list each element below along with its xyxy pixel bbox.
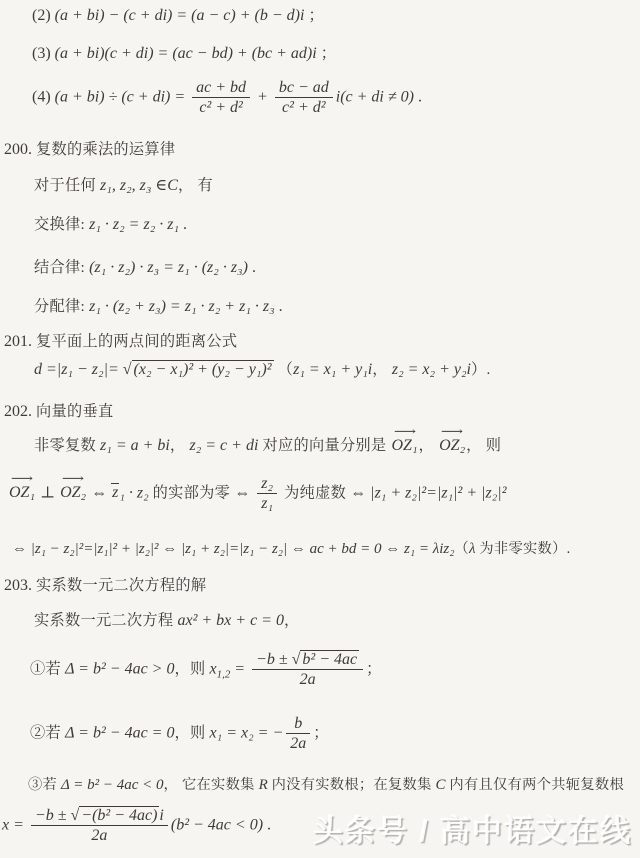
math-run: x =	[2, 816, 28, 833]
vector-arrow-icon: ⟶	[56, 474, 91, 486]
text-run: 非零复数	[34, 437, 100, 454]
math-run: z₁ = a + bi	[100, 437, 170, 454]
formula-perpendicular-equivalence-2: ⇔ |z₁ − z₂|²=|z₁|² + |z₂|² ⇔ |z₁ + z₂|=|…	[12, 540, 571, 560]
roman-run: √	[70, 807, 79, 824]
math-run: 2a	[300, 671, 316, 688]
math-run: (a + bi)(c + di) = (ac − bd) + (bc + ad)…	[55, 45, 317, 62]
math-run: Δ = b² − 4ac > 0	[65, 660, 174, 677]
radicand: b² − 4ac	[300, 650, 359, 669]
vector: OZ₂⟶	[439, 436, 465, 457]
radicand: (x₂ − x₁)² + (y₂ − y₁)²	[132, 360, 274, 379]
roman-run: 203.	[4, 577, 36, 594]
denominator: 2a	[31, 825, 168, 845]
math-run: z₁ · (z₂ + z₃) = z₁ · z₂ + z₁ · z₃	[89, 298, 275, 315]
text-run: 分配律:	[34, 298, 89, 315]
text-run: 为纯虚数	[280, 484, 350, 501]
text-run: ， 它在实数集	[164, 777, 259, 793]
vector-arrow-icon: ⟶	[435, 427, 470, 439]
text-run: ，	[170, 437, 190, 454]
math-run: x₁ = x₂ = −	[210, 724, 284, 741]
radicand: −(b² − 4ac)	[79, 806, 159, 825]
math-run: (a + bi) − (c + di) = (a − c) + (b − d)i	[55, 7, 305, 24]
math-run: bc − ad	[279, 79, 329, 96]
text-run: ；	[317, 45, 337, 62]
document-page: (2) (a + bi) − (c + di) = (a − c) + (b −…	[0, 0, 640, 858]
formula-complex-subtraction: (2) (a + bi) − (c + di) = (a − c) + (b −…	[32, 6, 324, 27]
math-run: (z₁ · z₂) · z₃ = z₁ · (z₂ · z₃)	[89, 259, 248, 276]
text-run: 实系数一元二次方程的解	[36, 577, 206, 594]
text-run: ；	[313, 724, 329, 741]
text-run: ，	[372, 361, 392, 378]
text-run: ，	[419, 437, 439, 454]
text-run: ，则	[174, 724, 209, 741]
math-run: ⇔	[87, 484, 111, 501]
line-associative-law: 结合律: (z₁ · z₂) · z₃ = z₁ · (z₂ · z₃) .	[34, 258, 256, 279]
math-run: i(c + di ≠ 0)	[336, 88, 414, 105]
math-run: ⊥	[36, 484, 59, 501]
roman-run: .	[248, 259, 256, 276]
formula-complex-multiplication: (3) (a + bi)(c + di) = (ac − bd) + (bc +…	[32, 44, 336, 65]
vector: OZ₁⟶	[392, 436, 418, 457]
text-run: ）.	[471, 361, 491, 378]
text-run: ，则	[174, 660, 209, 677]
line-for-any-z: 对于任何 z₁, z₂, z₃ ∈C， 有	[34, 176, 213, 197]
denominator: 2a	[286, 733, 310, 753]
roman-run: (2)	[32, 7, 55, 24]
math-run: +	[253, 88, 272, 105]
math-run: (a + bi) ÷ (c + di) =	[55, 88, 189, 105]
math-run: c² + d²	[282, 99, 326, 116]
vector-arrow-icon: ⟶	[387, 427, 422, 439]
fraction: −b ± √b² − 4ac2a	[252, 650, 363, 690]
math-run: ⇔ |z₁ + z₂|²=|z₁|² + |z₂|²	[350, 484, 506, 501]
section-201-title: 201. 复平面上的两点间的距离公式	[4, 332, 237, 353]
roman-run: 201.	[4, 333, 36, 350]
section-200-title: 200. 复数的乘法的运算律	[4, 140, 175, 161]
formula-complex-roots: x = −b ± √−(b² − 4ac)i2a(b² − 4ac < 0) .	[2, 806, 271, 846]
watermark: 头条号 / 高中语文在线	[313, 806, 632, 850]
text-run: 对应的向量分别是	[258, 437, 390, 454]
math-run: Δ = b² − 4ac < 0	[61, 777, 164, 793]
vector-arrow-icon: ⟶	[4, 474, 39, 486]
fraction: b2a	[286, 714, 310, 753]
text-run: 对于任何	[34, 177, 100, 194]
denominator: z₁	[257, 493, 277, 513]
section-203-title: 203. 实系数一元二次方程的解	[4, 576, 206, 597]
formula-case-delta-zero: ②若 Δ = b² − 4ac = 0，则 x₁ = x₂ = −b2a；	[30, 714, 329, 753]
fraction: ac + bdc² + d²	[192, 78, 250, 117]
roman-run: .	[414, 88, 422, 105]
formula-case-delta-positive: ①若 Δ = b² − 4ac > 0，则 x1,2 = −b ± √b² − …	[30, 650, 382, 690]
math-run: z₁	[261, 495, 273, 512]
roman-run: 202.	[4, 403, 36, 420]
roman-run: .	[275, 298, 283, 315]
formula-complex-division: (4) (a + bi) ÷ (c + di) = ac + bdc² + d²…	[32, 78, 422, 117]
math-run: z₁, z₂, z₃ ∈C	[100, 177, 178, 194]
text-run: ，	[284, 612, 300, 629]
roman-run: (4)	[32, 88, 55, 105]
math-run: C	[436, 777, 446, 793]
denominator: c² + d²	[275, 97, 333, 117]
roman-run: .	[179, 216, 187, 233]
numerator: bc − ad	[275, 78, 333, 97]
math-run: c² + d²	[199, 99, 243, 116]
math-run: ⇔	[234, 484, 254, 501]
math-run: Δ = b² − 4ac = 0	[65, 724, 174, 741]
text-run: 实系数一元二次方程	[34, 612, 177, 629]
math-run: ⇔ |z₁ − z₂|²=|z₁|² + |z₂|² ⇔ |z₁ + z₂|=|…	[12, 541, 454, 557]
roman-run: (3)	[32, 45, 55, 62]
fraction: −b ± √−(b² − 4ac)i2a	[31, 806, 168, 846]
math-run: (b² − 4ac < 0)	[171, 816, 263, 833]
math-run: 2a	[91, 827, 107, 844]
fraction: z₂z₁	[257, 474, 277, 513]
line-case-delta-negative: ③若 Δ = b² − 4ac < 0， 它在实数集 R 内没有实数根；在复数集…	[28, 776, 624, 796]
line-nonzero-complex: 非零复数 z₁ = a + bi， z₂ = c + di 对应的向量分别是 O…	[34, 436, 501, 457]
math-run: x	[210, 660, 217, 677]
math-run: ac + bd	[196, 79, 246, 96]
numerator: −b ± √−(b² − 4ac)i	[31, 806, 168, 825]
text-run: （	[454, 541, 469, 557]
roman-run: √	[123, 361, 132, 378]
text-run: ②若	[30, 724, 65, 741]
subscript-run: 1,2	[217, 668, 231, 680]
numerator: ac + bd	[192, 78, 250, 97]
text-run: 向量的垂直	[36, 403, 113, 420]
math-run: =	[230, 660, 249, 677]
math-run: z₁ · z₂ = z₂ · z₁	[89, 216, 179, 233]
math-run: z₁ = x₁ + y₁i	[293, 361, 372, 378]
roman-run: .	[263, 816, 271, 833]
numerator: b	[286, 714, 310, 733]
text-run: ；	[366, 660, 382, 677]
line-distributive-law: 分配律: z₁ · (z₂ + z₃) = z₁ · z₂ + z₁ · z₃ …	[34, 297, 283, 318]
text-run: （	[274, 361, 294, 378]
fraction: bc − adc² + d²	[275, 78, 333, 117]
vector: OZ₂⟶	[60, 483, 86, 504]
formula-perpendicular-equivalence-1: OZ₁⟶ ⊥ OZ₂⟶ ⇔ z₁ · z₂ 的实部为零 ⇔ z₂z₁ 为纯虚数 …	[8, 474, 507, 513]
text-run: 为非零实数）.	[475, 541, 570, 557]
math-run: z₂ = c + di	[189, 437, 258, 454]
numerator: z₂	[257, 474, 277, 493]
text-run: 的实部为零	[153, 484, 235, 501]
roman-run: √	[292, 651, 301, 668]
math-run: −b ±	[35, 807, 71, 824]
math-run: ₁ · z₂	[119, 484, 152, 501]
text-run: 结合律:	[34, 259, 89, 276]
text-run: 内有且仅有两个共轭复数根	[446, 777, 624, 793]
text-run: ， 有	[178, 177, 213, 194]
text-run: 交换律:	[34, 216, 89, 233]
math-run: i	[159, 807, 163, 824]
text-run: 复数的乘法的运算律	[36, 141, 175, 158]
roman-run: 200.	[4, 141, 36, 158]
numerator: −b ± √b² − 4ac	[252, 650, 363, 669]
math-run: −b ±	[256, 651, 292, 668]
denominator: c² + d²	[192, 97, 250, 117]
text-run: 复平面上的两点间的距离公式	[36, 333, 237, 350]
math-run: ax² + bx + c = 0	[177, 612, 284, 629]
text-run: ③若	[28, 777, 61, 793]
math-run: b	[294, 715, 302, 732]
line-commutative-law: 交换律: z₁ · z₂ = z₂ · z₁ .	[34, 215, 187, 236]
math-run: d =|z₁ − z₂|=	[34, 361, 123, 378]
math-run: z₂ = x₂ + y₂i	[392, 361, 471, 378]
denominator: 2a	[252, 669, 363, 689]
math-run: 2a	[290, 735, 306, 752]
math-run: z₂	[261, 475, 273, 492]
text-run: ；	[304, 7, 324, 24]
text-run: ①若	[30, 660, 65, 677]
vector: OZ₁⟶	[9, 483, 35, 504]
section-202-title: 202. 向量的垂直	[4, 402, 113, 423]
formula-distance: d =|z₁ − z₂|= √(x₂ − x₁)² + (y₂ − y₁)² （…	[34, 360, 491, 381]
line-quadratic-equation: 实系数一元二次方程 ax² + bx + c = 0，	[34, 611, 299, 632]
text-run: 内没有实数根；在复数集	[268, 777, 436, 793]
math-run: R	[259, 777, 268, 793]
text-run: ， 则	[466, 437, 501, 454]
